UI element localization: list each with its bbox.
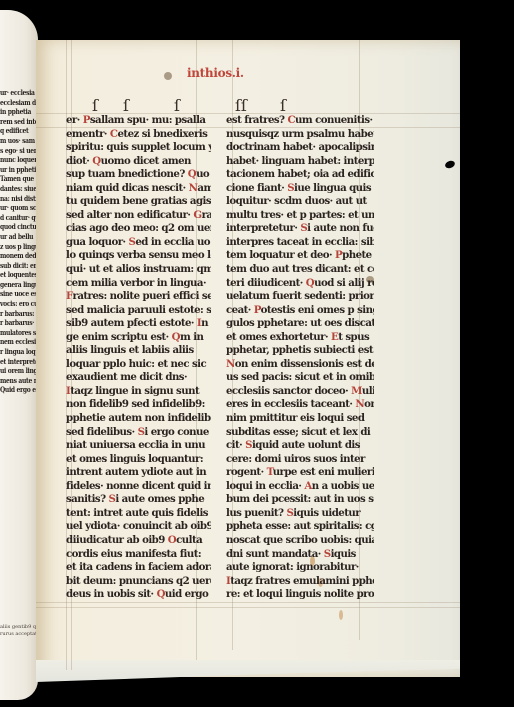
line-text: bit deum: pnuncians q2 uere <box>66 575 211 587</box>
text-line: Non enim dissensionis est de <box>226 358 374 372</box>
text-line: doctrinam habet· apocalipsim <box>226 141 374 155</box>
rubricated-initial: Q <box>306 277 314 289</box>
left-page-line: z uos p lingua <box>0 242 29 252</box>
text-line: tem loquatur et deo· Pphete au <box>226 249 374 263</box>
line-text: ppheta esse: aut spiritalis: cg <box>226 520 374 532</box>
line-text: rogent· <box>226 466 267 478</box>
rubricated-initial: S <box>245 439 252 451</box>
left-page-line: dantes: siue <box>0 184 29 194</box>
text-line: cias ago deo meo: q2 om uem lin <box>66 222 211 236</box>
text-line: et ita cadens in faciem adora <box>66 561 211 575</box>
text-line: cem milia verbor in lingua· <box>66 277 211 291</box>
text-line: interpres taceat in ecclia: sibi au <box>226 236 374 250</box>
line-text: subditas esse; sicut et lex di <box>226 426 370 438</box>
rubricated-initial: S <box>324 548 331 560</box>
line-text: deus in uobis sit· <box>66 588 157 600</box>
text-line: us sed pacis: sicut et in omib9 <box>226 371 374 385</box>
line-text: cere: domi uiros suos inter <box>226 453 365 465</box>
line-text: et ita cadens in faciem adora <box>66 561 211 573</box>
line-text: est fratres? <box>226 114 287 126</box>
rubricated-initial: S <box>287 182 294 194</box>
foxing-stain <box>164 72 172 80</box>
line-text: dni sunt mandata· <box>226 548 324 560</box>
text-line: nusquisqz urm psalmu habet: <box>226 128 374 142</box>
text-line: intrent autem ydiote aut in <box>66 466 211 480</box>
rubricated-initial: A <box>304 480 311 492</box>
left-page-line: et interpretef <box>0 357 29 367</box>
line-text: qui· ut et alios instruam: qm ir <box>66 263 211 275</box>
text-line: tu quidem bene gratias agis: <box>66 195 211 209</box>
line-text: et omes linguis loquantur: <box>66 453 203 465</box>
text-line: aute ignorat: ignorabitur· <box>226 561 374 575</box>
text-line: loquar pplo huic: et nec sic <box>66 358 211 372</box>
left-page-line: ur in pphetia <box>0 165 29 175</box>
line-text: i aute omes pphe <box>115 493 204 505</box>
line-text: gulos pphetare: ut oes discat: <box>226 317 374 329</box>
line-text: cias ago deo meo: q2 om uem lin <box>66 222 211 234</box>
text-line: teri diiudicent· Quod si alij re <box>226 277 374 291</box>
left-page-line: monem dede <box>0 251 29 261</box>
text-line: bum dei pcessit: aut in uos so <box>226 493 374 507</box>
text-line: ppheta esse: aut spiritalis: cg <box>226 520 374 534</box>
line-text: cit· <box>226 439 245 451</box>
left-page-line: d canitur· qu <box>0 213 29 223</box>
left-page-line: in pphetia <box>0 107 29 117</box>
line-text: non fidelib9 sed infidelib9: <box>66 398 205 410</box>
rubricated-initial: Q <box>157 588 165 600</box>
ascender-flourish: ſ <box>174 96 180 115</box>
text-line: nim pmittitur eis loqui sed <box>226 412 374 426</box>
rubricated-initial: N <box>226 358 235 370</box>
line-text: aute ignorat: ignorabitur· <box>226 561 359 573</box>
left-page-line: ur ad bellu <box>0 232 29 242</box>
left-page-line: r lingua loq <box>0 347 29 357</box>
text-line: spiritu: quis supplet locum y <box>66 141 211 155</box>
text-line: cit· Siquid aute uolunt dis <box>226 439 374 453</box>
line-text: sallam spu· <box>90 114 152 126</box>
ascender-flourish: ſ <box>123 96 129 115</box>
line-text: iquis <box>331 548 356 560</box>
text-line: est fratres? Cum conuenitis· v <box>226 114 374 128</box>
line-text: pphetie autem non infidelib9 <box>66 412 211 424</box>
running-header: inthios.i. <box>187 66 244 80</box>
line-text: et omes exhortetur· <box>226 331 331 343</box>
line-text: cione fiant· <box>226 182 287 194</box>
text-line: pphetar, pphetis subiecti est· <box>226 344 374 358</box>
line-text: nim pmittitur eis loqui sed <box>226 412 364 424</box>
line-text: sed alter non edificatur· <box>66 209 193 221</box>
left-page-line: nunc loquens: <box>0 155 29 165</box>
line-text: uid ergo <box>165 588 208 600</box>
text-line: cere: domi uiros suos inter <box>226 453 374 467</box>
text-line: cordis eius manifesta fiut: <box>66 548 211 562</box>
left-page-line: mens aute mea <box>0 376 29 386</box>
left-page-line: ur· ecclesia <box>0 88 29 98</box>
line-text: spiritu: quis supplet locum y <box>66 141 211 153</box>
text-line: Itaqz lingue in signu sunt <box>66 385 211 399</box>
line-text: uel ydiota· conuincit ab oib9: <box>66 520 211 532</box>
left-page-line: Quid ergo est? <box>0 385 29 395</box>
rubricated-initial: G <box>193 209 201 221</box>
line-text: uli <box>362 385 374 397</box>
line-text: iquid aute uolunt dis <box>252 439 360 451</box>
line-text: er· <box>66 114 83 126</box>
line-text: eres in ecclesiis taceant· <box>226 398 355 410</box>
text-line: ecclesiis sanctor doceo· Muli <box>226 385 374 399</box>
line-text: diiudicatur ab oib9 <box>66 534 168 546</box>
left-page-line: q edificet <box>0 126 29 136</box>
line-text: fideles· nonne dicent quid in <box>66 480 211 492</box>
line-text: cem milia verbor in lingua· <box>66 277 206 289</box>
line-text: i aute non fuerit <box>307 222 374 234</box>
text-line: gulos pphetare: ut oes discat: <box>226 317 374 331</box>
line-text: tu quidem bene gratias agis: <box>66 195 211 207</box>
line-text: interpretetur· <box>226 222 300 234</box>
text-line: pphetie autem non infidelib9 <box>66 412 211 426</box>
text-line: loquitur· scdm duos· aut ut <box>226 195 374 209</box>
line-text: re: et loqui linguis nolite pro <box>226 588 374 600</box>
left-page-line: r barbarus: et <box>0 309 29 319</box>
line-text: sed fidelibus· <box>66 426 138 438</box>
line-text: interpres taceat in ecclia: sibi au <box>226 236 374 248</box>
text-line: aliis linguis et labiis aliis <box>66 344 211 358</box>
line-text: tacionem habet; oia ad edifica <box>226 168 374 180</box>
text-line: fideles· nonne dicent quid in <box>66 480 211 494</box>
text-line: gua loquor· Sed in ecclia uo <box>66 236 211 250</box>
left-page-line: vocis: ero cui <box>0 299 29 309</box>
line-text: mu: psalla <box>152 114 206 126</box>
text-line: Fratres: nolite pueri effici sensib9 <box>66 290 211 304</box>
left-page-line: et loquentes· <box>0 270 29 280</box>
text-line: subditas esse; sicut et lex di <box>226 426 374 440</box>
text-line: tacionem habet; oia ad edifica <box>226 168 374 182</box>
left-page-line: quod cinctur <box>0 222 29 232</box>
text-line: ementr· Cetez si bnedixeris <box>66 128 211 142</box>
line-text: loquar pplo huic: et nec sic <box>66 358 206 370</box>
line-text: tem loquatur et deo· <box>226 249 335 261</box>
text-line: sed fidelibus· Si ergo conue <box>66 426 211 440</box>
line-text: otestis eni omes p singu <box>261 304 374 316</box>
line-text: us sed pacis: sicut et in omib9 <box>226 371 374 383</box>
line-text: pphetar, pphetis subiecti est· <box>226 344 374 356</box>
text-line: sanitis? Si aute omes pphe <box>66 493 211 507</box>
line-text: uomo dicet amen <box>101 155 191 167</box>
line-text: nusquisqz urm psalmu habet: <box>226 128 374 140</box>
line-text: uod si alij re <box>314 277 374 289</box>
line-text: sup tuam bnedictione? <box>66 168 188 180</box>
text-line: niam quid dicas nescit· Nam <box>66 182 211 196</box>
text-line: lus puenit? Siquis uidetur <box>226 507 374 521</box>
text-line: eres in ecclesiis taceant· Non e <box>226 398 374 412</box>
rubricated-initial: Q <box>188 168 196 180</box>
line-text: niat uniuersa ecclia in unu <box>66 439 205 451</box>
left-page-line: sine uoce est· <box>0 289 29 299</box>
line-text: uelatum fuerit sedenti: prior ta <box>226 290 374 302</box>
left-page-line: ecclesiam domi <box>0 98 29 108</box>
rubricated-initial: Q <box>172 331 180 343</box>
line-text: um conuenitis· v <box>295 114 374 126</box>
left-page-line: s ego· si uen <box>0 146 29 156</box>
ascender-flourish: ſſ <box>235 96 247 115</box>
line-text: ementr· <box>66 128 110 140</box>
line-text: n le <box>201 317 211 329</box>
line-text: cordis eius manifesta fiut: <box>66 548 201 560</box>
line-text: n a uobis uer <box>312 480 374 492</box>
text-line: sib9 autem pfecti estote· In le <box>66 317 211 331</box>
line-text: taqz fratres emulamini pphetar <box>230 575 374 587</box>
left-page-line: genera lingua <box>0 280 29 290</box>
text-line: qui· ut et alios instruam: qm ir <box>66 263 211 277</box>
left-page-text: ur· ecclesiaecclesiam domiin pphetiarem … <box>0 88 29 395</box>
text-line: multu tres· et p partes: et unus <box>226 209 374 223</box>
left-page-line: r barbarus· sic <box>0 318 29 328</box>
line-text: on enim dissensionis est de <box>235 358 374 370</box>
line-text: iquis uidetur <box>293 507 360 519</box>
line-text: sanitis? <box>66 493 109 505</box>
line-text: tem duo aut tres dicant: et ce <box>226 263 374 275</box>
rubricated-initial: M <box>351 385 362 397</box>
ascender-flourish: ſ <box>92 96 98 115</box>
rubricated-initial: O <box>168 534 176 546</box>
text-line: uel ydiota· conuincit ab oib9: <box>66 520 211 534</box>
text-line: Itaqz fratres emulamini pphetar <box>226 575 374 589</box>
line-text: sib9 autem pfecti estote· <box>66 317 197 329</box>
footnote-line: aliis gentib9 quosdam <box>0 624 36 631</box>
left-page-line: na: nisi distinc <box>0 194 29 204</box>
text-line: et omes exhortetur· Et spus <box>226 331 374 345</box>
footnote-line: rurus acceptatur <box>0 631 36 638</box>
text-line: ge enim scriptu est· Qm in <box>66 331 211 345</box>
line-text: etez si bnedixeris <box>117 128 207 140</box>
line-text: loquitur· scdm duos· aut ut <box>226 195 367 207</box>
text-line: non fidelib9 sed infidelib9: <box>66 398 211 412</box>
text-line: sed malicia paruuli estote: sen <box>66 304 211 318</box>
foxing-stain <box>339 610 343 620</box>
rubricated-initial: P <box>83 114 90 126</box>
rubricated-initial: P <box>254 304 261 316</box>
text-line: diiudicatur ab oib9 Oculta <box>66 534 211 548</box>
text-line: re: et loqui linguis nolite pro <box>226 588 374 602</box>
line-text: doctrinam habet· apocalipsim <box>226 141 374 153</box>
left-page-line: mulatores spu <box>0 328 29 338</box>
line-text: on e <box>364 398 374 410</box>
left-page-line: m uos· sam <box>0 136 29 146</box>
line-text: lo quinqs verba sensu meo lo <box>66 249 211 261</box>
line-text: ra <box>202 209 211 221</box>
text-line: bit deum: pnuncians q2 uere <box>66 575 211 589</box>
line-text: diot· <box>66 155 92 167</box>
ruling-line <box>36 607 460 608</box>
text-line: dni sunt mandata· Siquis <box>226 548 374 562</box>
line-text: multu tres· et p partes: et unus <box>226 209 374 221</box>
text-line: exaudient me dicit dns· <box>66 371 211 385</box>
line-text: taqz lingue in signu sunt <box>70 385 199 397</box>
line-text: ratres: nolite pueri effici sensib9 <box>73 290 211 302</box>
left-page-footnote: aliis gentib9 quosdamrurus acceptatur <box>0 624 36 638</box>
text-line: er· Psallam spu· mu: psalla <box>66 114 211 128</box>
left-page-line: Tamen que <box>0 174 29 184</box>
line-text: m in <box>180 331 203 343</box>
ruling-line <box>36 602 460 603</box>
line-text: bum dei pcessit: aut in uos so <box>226 493 374 505</box>
line-text: ecclesiis sanctor doceo· <box>226 385 351 397</box>
text-line: sed alter non edificatur· Gra <box>66 209 211 223</box>
line-text: t spus <box>338 331 369 343</box>
rubricated-initial: C <box>287 114 295 126</box>
line-text: urpe est eni mulieri <box>273 466 374 478</box>
line-text: exaudient me dicit dns· <box>66 371 187 383</box>
line-text: aliis linguis et labiis aliis <box>66 344 194 356</box>
text-line: cione fiant· Siue lingua quis <box>226 182 374 196</box>
line-text: phete au <box>342 249 374 261</box>
left-page-line: ur· quom scie <box>0 203 29 213</box>
text-line: deus in uobis sit· Quid ergo <box>66 588 211 602</box>
line-text: habet· linguam habet: interp <box>226 155 374 167</box>
text-line: niat uniuersa ecclia in unu <box>66 439 211 453</box>
line-text: i ergo conue <box>144 426 208 438</box>
text-line: interpretetur· Si aute non fuerit <box>226 222 374 236</box>
text-line: loqui in ecclia· An a uobis uer <box>226 480 374 494</box>
line-text: am <box>197 182 211 194</box>
line-text: niam quid dicas nescit· <box>66 182 189 194</box>
left-page-line: nem ecclesie q <box>0 337 29 347</box>
text-line: ceat· Potestis eni omes p singu <box>226 304 374 318</box>
ascender-flourish: ſ <box>280 96 286 115</box>
text-column-left: er· Psallam spu· mu: psallaementr· Cetez… <box>66 114 211 602</box>
line-text: sed malicia paruuli estote: sen <box>66 304 211 316</box>
line-text: gua loquor· <box>66 236 129 248</box>
line-text: uo <box>196 168 209 180</box>
text-column-right: est fratres? Cum conuenitis· vnusquisqz … <box>226 114 374 602</box>
rubricated-initial: N <box>355 398 364 410</box>
line-text: teri diiudicent· <box>226 277 306 289</box>
left-page-line: ui orem lingua <box>0 366 29 376</box>
text-line: tent: intret aute quis fidelis <box>66 507 211 521</box>
text-line: diot· Quomo dicet amen <box>66 155 211 169</box>
text-line: habet· linguam habet: interp <box>226 155 374 169</box>
text-line: lo quinqs verba sensu meo lo <box>66 249 211 263</box>
text-line: noscat que scribo uobis: quia <box>226 534 374 548</box>
rubricated-initial: Q <box>92 155 100 167</box>
line-text: intrent autem ydiote aut in <box>66 466 206 478</box>
line-text: iue lingua quis <box>294 182 371 194</box>
line-text: loqui in ecclia· <box>226 480 304 492</box>
left-page-line: sub dicit: eri <box>0 261 29 271</box>
line-text: tent: intret aute quis fidelis <box>66 507 208 519</box>
text-line: et omes linguis loquantur: <box>66 453 211 467</box>
line-text: ed in ecclia uo <box>135 236 210 248</box>
text-line: sup tuam bnedictione? Quo <box>66 168 211 182</box>
line-text: noscat que scribo uobis: quia <box>226 534 374 546</box>
left-page-line: rem sed inter <box>0 117 29 127</box>
line-text: ge enim scriptu est· <box>66 331 172 343</box>
line-text: lus puenit? <box>226 507 286 519</box>
facing-left-page: ur· ecclesiaecclesiam domiin pphetiarem … <box>0 10 38 700</box>
text-line: uelatum fuerit sedenti: prior ta <box>226 290 374 304</box>
text-line: rogent· Turpe est eni mulieri <box>226 466 374 480</box>
line-text: culta <box>176 534 202 546</box>
text-line: tem duo aut tres dicant: et ce <box>226 263 374 277</box>
line-text: ceat· <box>226 304 254 316</box>
